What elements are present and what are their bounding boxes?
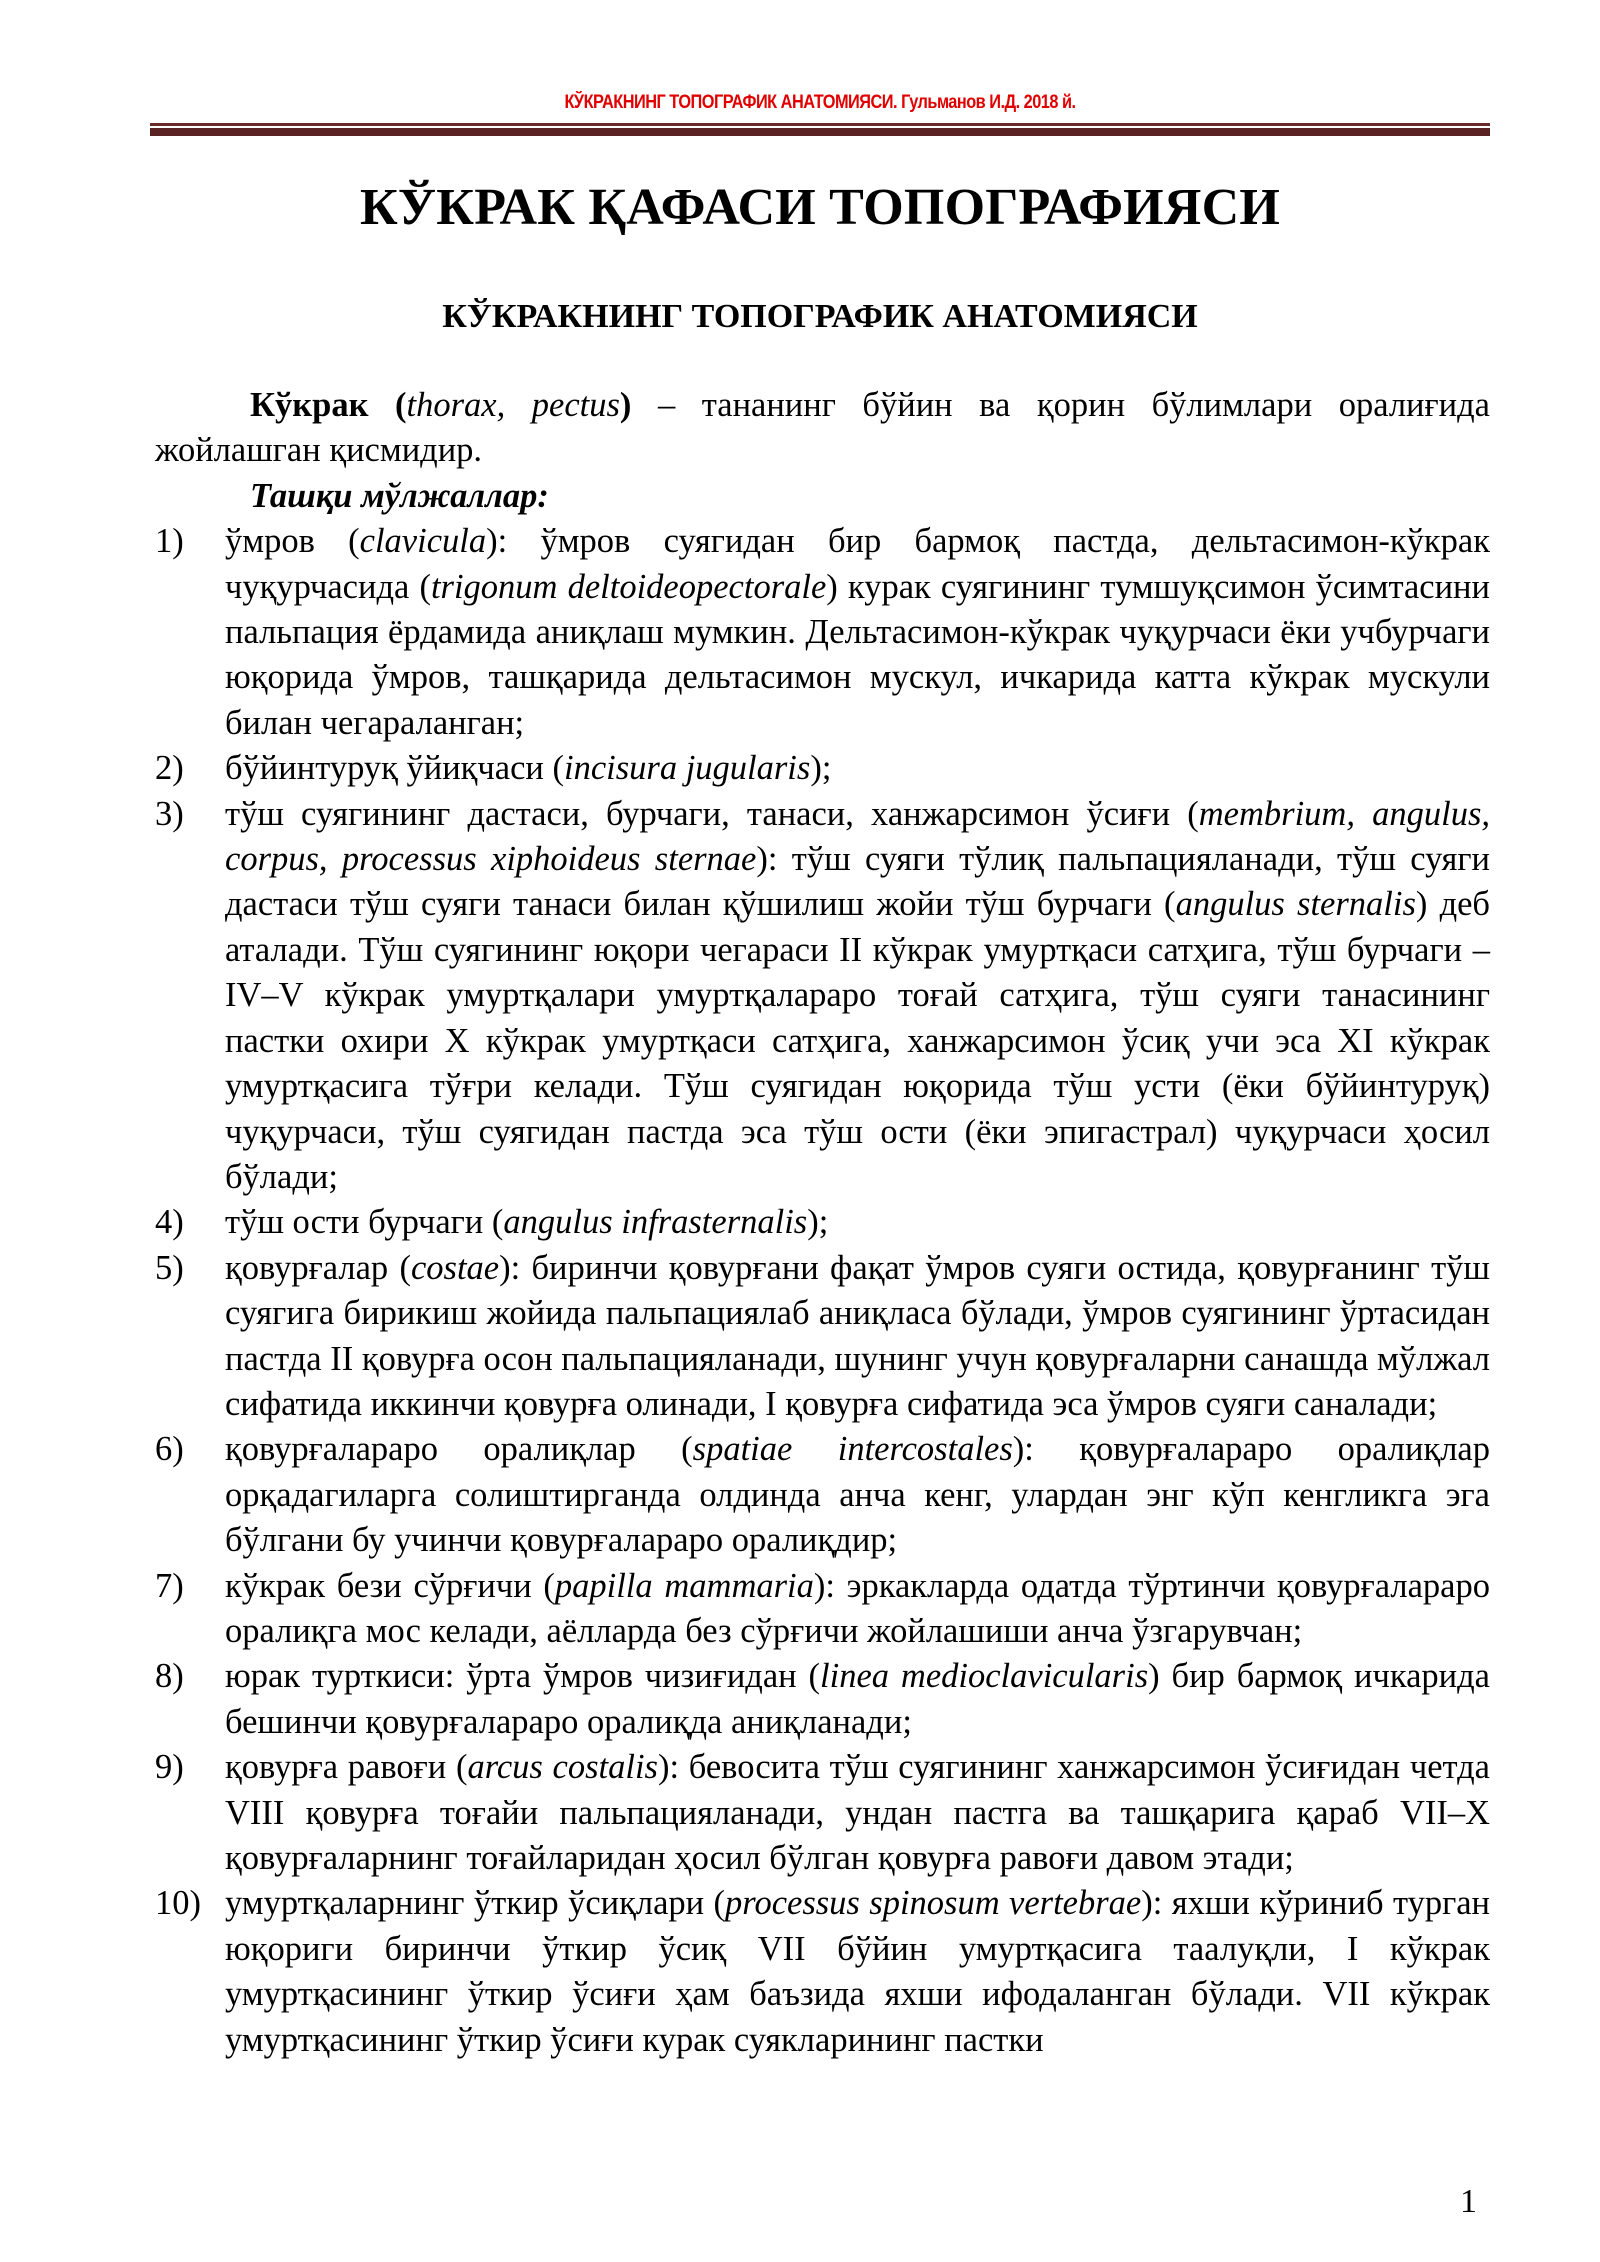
item-latin: arcus costalis [467,1748,658,1786]
item-text: ); [807,1203,828,1241]
document-page: КЎКРАКНИНГ ТОПОГРАФИК АНАТОМИЯСИ. Гульма… [0,0,1600,2262]
running-header: КЎКРАКНИНГ ТОПОГРАФИК АНАТОМИЯСИ. Гульма… [244,92,1396,114]
item-text: ) деб аталади. Тўш суягининг юқори чегар… [225,885,1490,1195]
list-number: 7) [155,1564,184,1609]
list-item: 3)тўш суягининг дастаси, бурчаги, танаси… [155,792,1490,1201]
intro-term: Кўкрак [250,386,368,424]
item-latin: angulus infrasternalis [503,1203,807,1241]
item-text: бўйинтуруқ ўйиқчаси ( [225,749,564,787]
list-number: 9) [155,1745,184,1790]
item-latin: processus spinosum vertebrae [725,1884,1141,1922]
intro-latin: thorax, pectus [407,386,620,424]
list-item: 2)бўйинтуруқ ўйиқчаси (incisura jugulari… [155,746,1490,791]
item-text: юрак турткиси: ўрта ўмров чизиғидан ( [225,1657,820,1695]
landmarks-heading: Ташқи мўлжаллар: [155,474,1490,519]
section-subtitle: КЎКРАКНИНГ ТОПОГРАФИК АНАТОМИЯСИ [150,298,1490,336]
item-text: ўмров ( [225,522,360,560]
item-text: қовурғалараро оралиқлар ( [225,1430,693,1468]
list-number: 2) [155,746,184,791]
list-item: 6)қовурғалараро оралиқлар (spatiae inter… [155,1427,1490,1563]
list-item: 10)умуртқаларнинг ўткир ўсиқлари (proces… [155,1881,1490,2063]
list-number: 1) [155,519,184,564]
list-item: 8)юрак турткиси: ўрта ўмров чизиғидан (l… [155,1654,1490,1745]
intro-paren-open: ( [368,386,406,424]
item-text: ); [810,749,831,787]
header-rule-thin [150,123,1490,126]
list-number: 4) [155,1200,184,1245]
page-number: 1 [1460,2183,1477,2221]
page-title: КЎКРАК ҚАФАСИ ТОПОГРАФИЯСИ [150,178,1490,237]
list-number: 6) [155,1427,184,1472]
item-latin: costae [411,1249,499,1287]
item-latin: incisura jugularis [564,749,810,787]
item-latin: trigonum deltoideopectorale [431,568,826,606]
list-item: 1)ўмров (clavicula): ўмров суягидан бир … [155,519,1490,746]
list-item: 4)тўш ости бурчаги (angulus infrasternal… [155,1200,1490,1245]
item-text: умуртқаларнинг ўткир ўсиқлари ( [225,1884,725,1922]
item-latin: angulus sternalis [1176,885,1416,923]
header-rule-thick [150,128,1490,136]
list-number: 3) [155,792,184,837]
list-number: 5) [155,1246,184,1291]
intro-paren-close: ) [620,386,632,424]
item-text: қовурға равоғи ( [225,1748,467,1786]
item-latin: linea medioclavicularis [820,1657,1148,1695]
item-text: тўш ости бурчаги ( [225,1203,503,1241]
item-text: тўш суягининг дастаси, бурчаги, танаси, … [225,795,1199,833]
item-latin: clavicula [360,522,486,560]
landmarks-list: 1)ўмров (clavicula): ўмров суягидан бир … [155,519,1490,2063]
intro-paragraph: Кўкрак (thorax, pectus) – тананинг бўйин… [155,383,1490,474]
list-item: 9)қовурға равоғи (arcus costalis): бевос… [155,1745,1490,1881]
list-number: 10) [155,1881,201,1926]
list-number: 8) [155,1654,184,1699]
item-text: қовурғалар ( [225,1249,411,1287]
item-latin: spatiae intercostales [693,1430,1013,1468]
item-latin: papilla mammaria [555,1567,814,1605]
list-item: 7)кўкрак бези сўрғичи (papilla mammaria)… [155,1564,1490,1655]
list-item: 5)қовурғалар (costae): биринчи қовурғани… [155,1246,1490,1428]
document-body: Кўкрак (thorax, pectus) – тананинг бўйин… [155,383,1490,2063]
item-text: кўкрак бези сўрғичи ( [225,1567,555,1605]
